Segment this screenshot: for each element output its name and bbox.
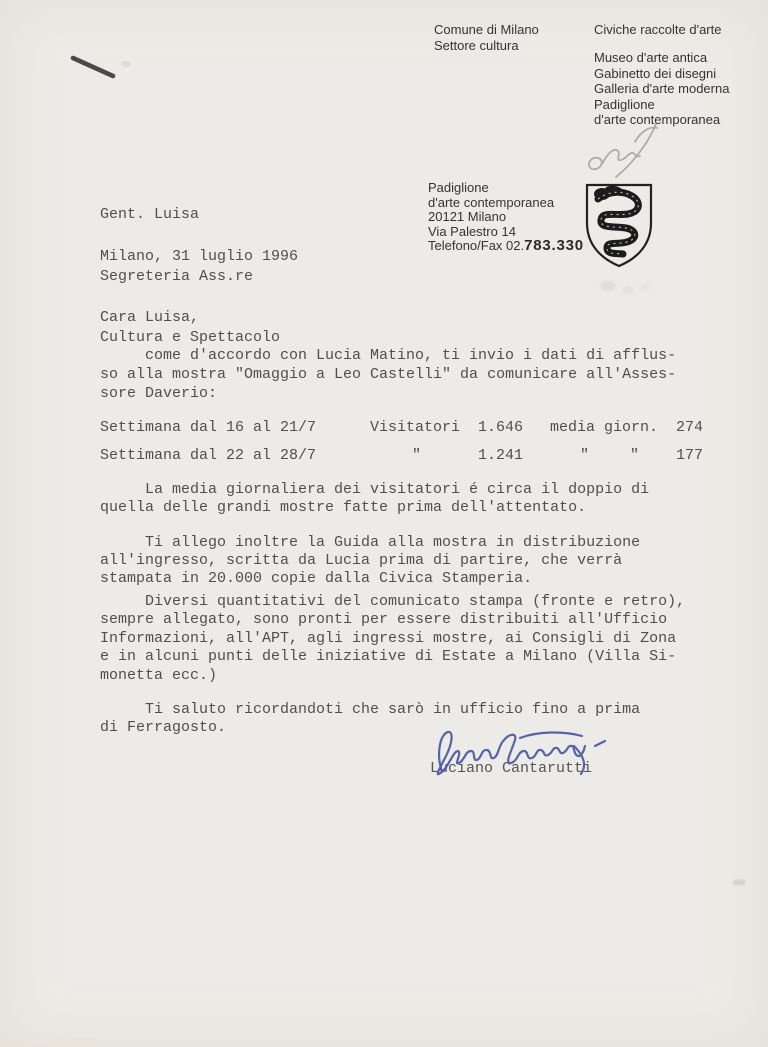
scan-smudge bbox=[733, 880, 745, 885]
stats-period: Settimana dal 22 al 28/7 bbox=[100, 446, 316, 465]
stats-period: Settimana dal 16 al 21/7 bbox=[100, 418, 316, 437]
sender-line: d'arte contemporanea bbox=[428, 196, 584, 211]
pen-mark bbox=[60, 48, 140, 88]
body-line: di Ferragosto. bbox=[100, 718, 226, 737]
org-list-item: Galleria d'arte moderna bbox=[594, 81, 729, 97]
phone-number: 783.330 bbox=[524, 237, 584, 254]
sender-line: 20121 Milano bbox=[428, 210, 584, 225]
handwritten-initials bbox=[578, 118, 673, 180]
body-line: quella delle grandi mostre fatte prima d… bbox=[100, 498, 586, 517]
scan-smudge bbox=[641, 284, 650, 291]
stats-avg-value: 274 bbox=[676, 418, 703, 437]
sender-phone-line: Telefono/Fax 02.783.330 bbox=[428, 239, 584, 254]
org-list-item: Padiglione bbox=[594, 97, 729, 113]
recipient-line: Gent. Luisa bbox=[100, 205, 280, 226]
dateline: Milano, 31 luglio 1996 bbox=[100, 247, 298, 266]
stats-visitors-value: 1.241 bbox=[478, 446, 523, 465]
org-list-item: Museo d'arte antica bbox=[594, 50, 729, 66]
body-line: Ti saluto ricordandoti che sarò in uffic… bbox=[100, 700, 640, 719]
body-line: sempre allegato, sono pronti per essere … bbox=[100, 610, 667, 629]
stats-avg-ditto: " bbox=[580, 446, 589, 465]
stats-visitors-ditto: " bbox=[412, 446, 421, 465]
stats-avg-ditto: " bbox=[630, 446, 639, 465]
body-line: sore Daverio: bbox=[100, 384, 217, 403]
stats-avg-value: 177 bbox=[676, 446, 703, 465]
body-line: monetta ecc.) bbox=[100, 666, 217, 685]
stats-visitors-value: 1.646 bbox=[478, 418, 523, 437]
biscione-crest-icon bbox=[582, 181, 656, 270]
letterhead-org-list: Museo d'arte antica Gabinetto dei disegn… bbox=[594, 50, 729, 128]
letterhead-department: Comune di Milano Settore cultura bbox=[434, 22, 539, 53]
body-line: so alla mostra "Omaggio a Leo Castelli" … bbox=[100, 365, 676, 384]
org-list-item: Gabinetto dei disegni bbox=[594, 66, 729, 82]
recipient-line: Segreteria Ass.re bbox=[100, 267, 280, 288]
body-line: stampata in 20.000 copie dalla Civica St… bbox=[100, 569, 532, 588]
body-line: Diversi quantitativi del comunicato stam… bbox=[100, 592, 685, 611]
scan-edge bbox=[0, 1039, 96, 1047]
letterhead-org-title: Civiche raccolte d'arte bbox=[594, 22, 721, 38]
stats-visitors-label: Visitatori bbox=[370, 418, 460, 437]
stats-avg-label: media giorn. bbox=[550, 418, 658, 437]
body-line: Ti allego inoltre la Guida alla mostra i… bbox=[100, 533, 640, 552]
handwritten-signature bbox=[424, 724, 609, 782]
stats-row: Settimana dal 22 al 28/7 " 1.241 " " 177 bbox=[100, 446, 740, 465]
body-line: come d'accordo con Lucia Matino, ti invi… bbox=[100, 346, 676, 365]
letterhead-dept-line2: Settore cultura bbox=[434, 38, 539, 54]
scan-smudge bbox=[600, 281, 616, 291]
greeting: Cara Luisa, bbox=[100, 308, 199, 327]
body-line: all'ingresso, scritta da Lucia prima di … bbox=[100, 551, 622, 570]
phone-prefix: Telefono/Fax 02. bbox=[428, 238, 524, 253]
body-line: La media giornaliera dei visitatori é ci… bbox=[100, 480, 649, 499]
body-line: e in alcuni punti delle iniziative di Es… bbox=[100, 647, 676, 666]
scanned-letter-page: Comune di Milano Settore cultura Civiche… bbox=[0, 0, 768, 1047]
letterhead-dept-line1: Comune di Milano bbox=[434, 22, 539, 38]
scan-smudge bbox=[622, 286, 634, 294]
body-line: Informazioni, all'APT, agli ingressi mos… bbox=[100, 629, 676, 648]
sender-address-block: Padiglione d'arte contemporanea 20121 Mi… bbox=[428, 181, 584, 254]
stats-row: Settimana dal 16 al 21/7 Visitatori 1.64… bbox=[100, 418, 740, 437]
sender-line: Padiglione bbox=[428, 181, 584, 196]
